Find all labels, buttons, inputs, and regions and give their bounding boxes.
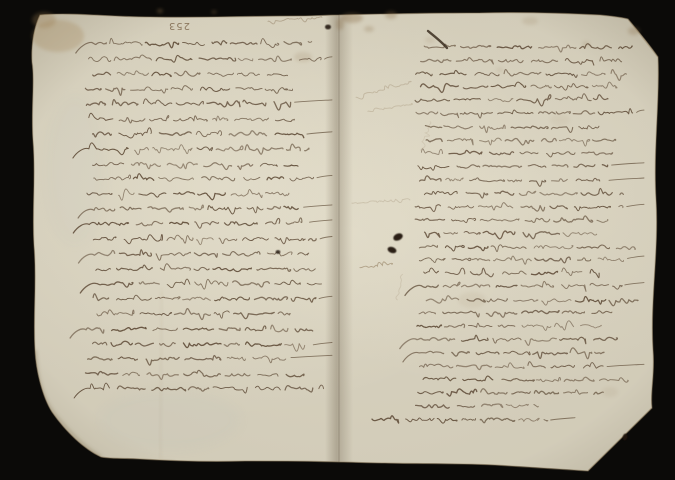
- ink-blot: [276, 250, 281, 254]
- foxing-stain: [157, 9, 163, 13]
- manuscript-spread: 253: [0, 0, 675, 480]
- foxing-stain: [364, 26, 374, 32]
- foxing-stain: [628, 27, 640, 35]
- paper-sheet: [28, 8, 668, 474]
- foxing-stain: [496, 68, 504, 73]
- foxing-stain: [602, 387, 618, 397]
- ink-blot: [325, 25, 331, 30]
- foxing-stain: [336, 18, 344, 30]
- manuscript-photograph: 253: [0, 0, 675, 480]
- foxing-stain: [32, 12, 56, 28]
- paper-surface-shading: [28, 8, 668, 474]
- foxing-stain: [425, 37, 435, 43]
- foxing-stain: [212, 10, 217, 13]
- foxing-stain: [341, 13, 363, 23]
- foxing-stain: [550, 114, 570, 126]
- folio-number: 253: [168, 20, 190, 31]
- foxing-stain: [385, 11, 397, 19]
- foxing-stain: [522, 17, 538, 25]
- foxing-stain: [294, 52, 312, 62]
